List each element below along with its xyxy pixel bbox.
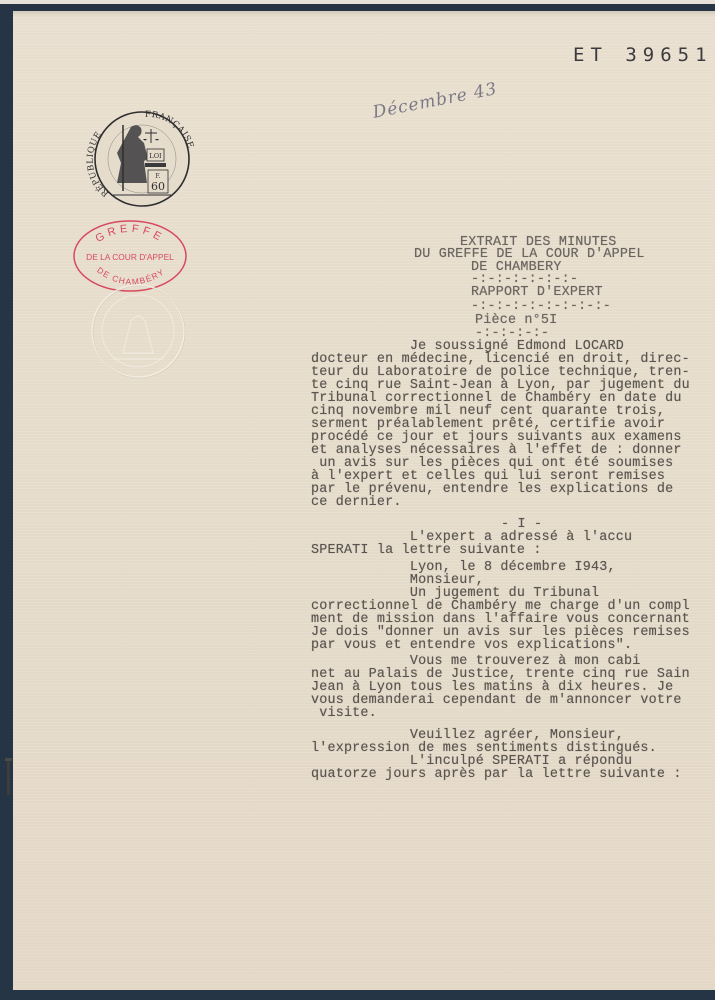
scan-top-edge — [0, 0, 715, 4]
header-separator-2: -:-:-:-:-:-:-:-:- — [471, 301, 611, 313]
document-page: ET 39651 Décembre 43 RÉPUBLIQUE FRANÇAIS… — [13, 11, 715, 990]
letter-line: visite. — [311, 708, 377, 720]
fiscal-stamp-icon: RÉPUBLIQUE FRANÇAISE LOI F. 60 — [85, 109, 195, 209]
svg-text:DE LA COUR D'APPEL: DE LA COUR D'APPEL — [86, 252, 174, 262]
svg-text:F.: F. — [155, 173, 160, 180]
embossed-seal — [85, 281, 191, 381]
staple-mark — [7, 759, 10, 795]
section-line: SPERATI la lettre suivante : — [311, 545, 542, 557]
svg-text:LOI: LOI — [149, 152, 162, 160]
letter-line: par vous et entendre vos explications". — [311, 640, 632, 652]
body-line: ce dernier. — [311, 497, 402, 509]
handwritten-date-note: Décembre 43 — [371, 79, 499, 123]
report-title: RAPPORT D'EXPERT — [471, 287, 603, 299]
svg-text:GREFFE: GREFFE — [93, 223, 166, 245]
svg-text:60: 60 — [151, 180, 165, 193]
reference-number: ET 39651 — [573, 44, 713, 66]
section-line: quatorze jours après par la lettre suiva… — [311, 769, 682, 781]
paper-edge-shadow — [13, 11, 715, 17]
